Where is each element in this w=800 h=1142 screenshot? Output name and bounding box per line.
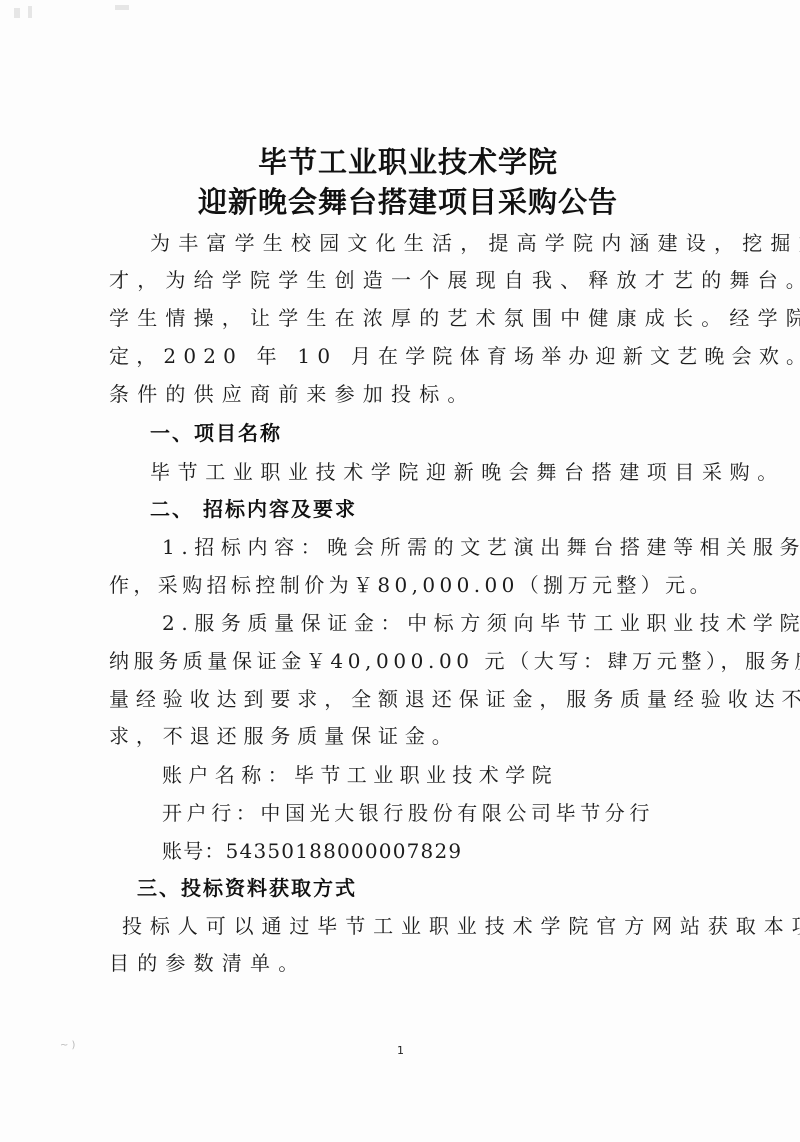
section-heading-requirements: 二、 招标内容及要求 — [150, 494, 357, 524]
bid-documents-line1: 投标人可以通过毕节工业职业技术学院官方网站获取本项 — [122, 911, 800, 941]
document-title-line2: 迎新晚会舞台搭建项目采购公告 — [0, 183, 800, 221]
intro-line-1: 为丰富学生校园文化生活，提高学院内涵建设，挖掘文艺人 — [150, 228, 800, 258]
scan-mark: ~ ) — [60, 1040, 75, 1051]
page-number: 1 — [397, 1044, 404, 1057]
intro-line-3: 学生情操，让学生在浓厚的艺术氛围中健康成长。经学院研究决 — [109, 303, 800, 333]
intro-line-4: 定，2020 年 10 月在学院体育场举办迎新文艺晚会欢。欢迎满足 — [109, 341, 800, 371]
scan-artifact — [14, 8, 20, 18]
intro-line-2: 才，为给学院学生创造一个展现自我、释放才艺的舞台。为陶冶 — [109, 265, 800, 295]
requirement-item2-line4: 求，不退还服务质量保证金。 — [109, 721, 459, 751]
scan-artifact — [28, 6, 32, 18]
requirement-item2-line3: 量经验收达到要求，全额退还保证金，服务质量经验收达不到要 — [109, 684, 800, 714]
document-title-line1: 毕节工业职业技术学院 — [0, 143, 800, 181]
requirement-item1-line2: 作，采购招标控制价为￥80,000.00（捌万元整）元。 — [109, 570, 714, 600]
bid-documents-line2: 目的参数清单。 — [109, 948, 306, 978]
section-heading-bid-documents: 三、投标资料获取方式 — [137, 873, 357, 903]
scan-artifact — [115, 5, 129, 10]
account-name: 账户名称：毕节工业职业技术学院 — [162, 760, 558, 790]
requirement-item2-line2: 纳服务质量保证金￥40,000.00 元（大写：肆万元整），服务质 — [109, 646, 800, 676]
intro-line-5: 条件的供应商前来参加投标。 — [109, 379, 476, 409]
requirement-item1-line1: 1.招标内容：晚会所需的文艺演出舞台搭建等相关服务工 — [162, 532, 800, 562]
account-number: 账号：54350188000007829 — [162, 836, 462, 866]
document-page: 毕节工业职业技术学院 迎新晚会舞台搭建项目采购公告 为丰富学生校园文化生活，提高… — [0, 0, 800, 1142]
section-heading-project-name: 一、项目名称 — [150, 418, 282, 448]
project-name-text: 毕节工业职业技术学院迎新晚会舞台搭建项目采购。 — [150, 457, 785, 487]
account-bank: 开户行：中国光大银行股份有限公司毕节分行 — [162, 798, 654, 828]
requirement-item2-line1: 2.服务质量保证金：中标方须向毕节工业职业技术学院交 — [162, 608, 800, 638]
